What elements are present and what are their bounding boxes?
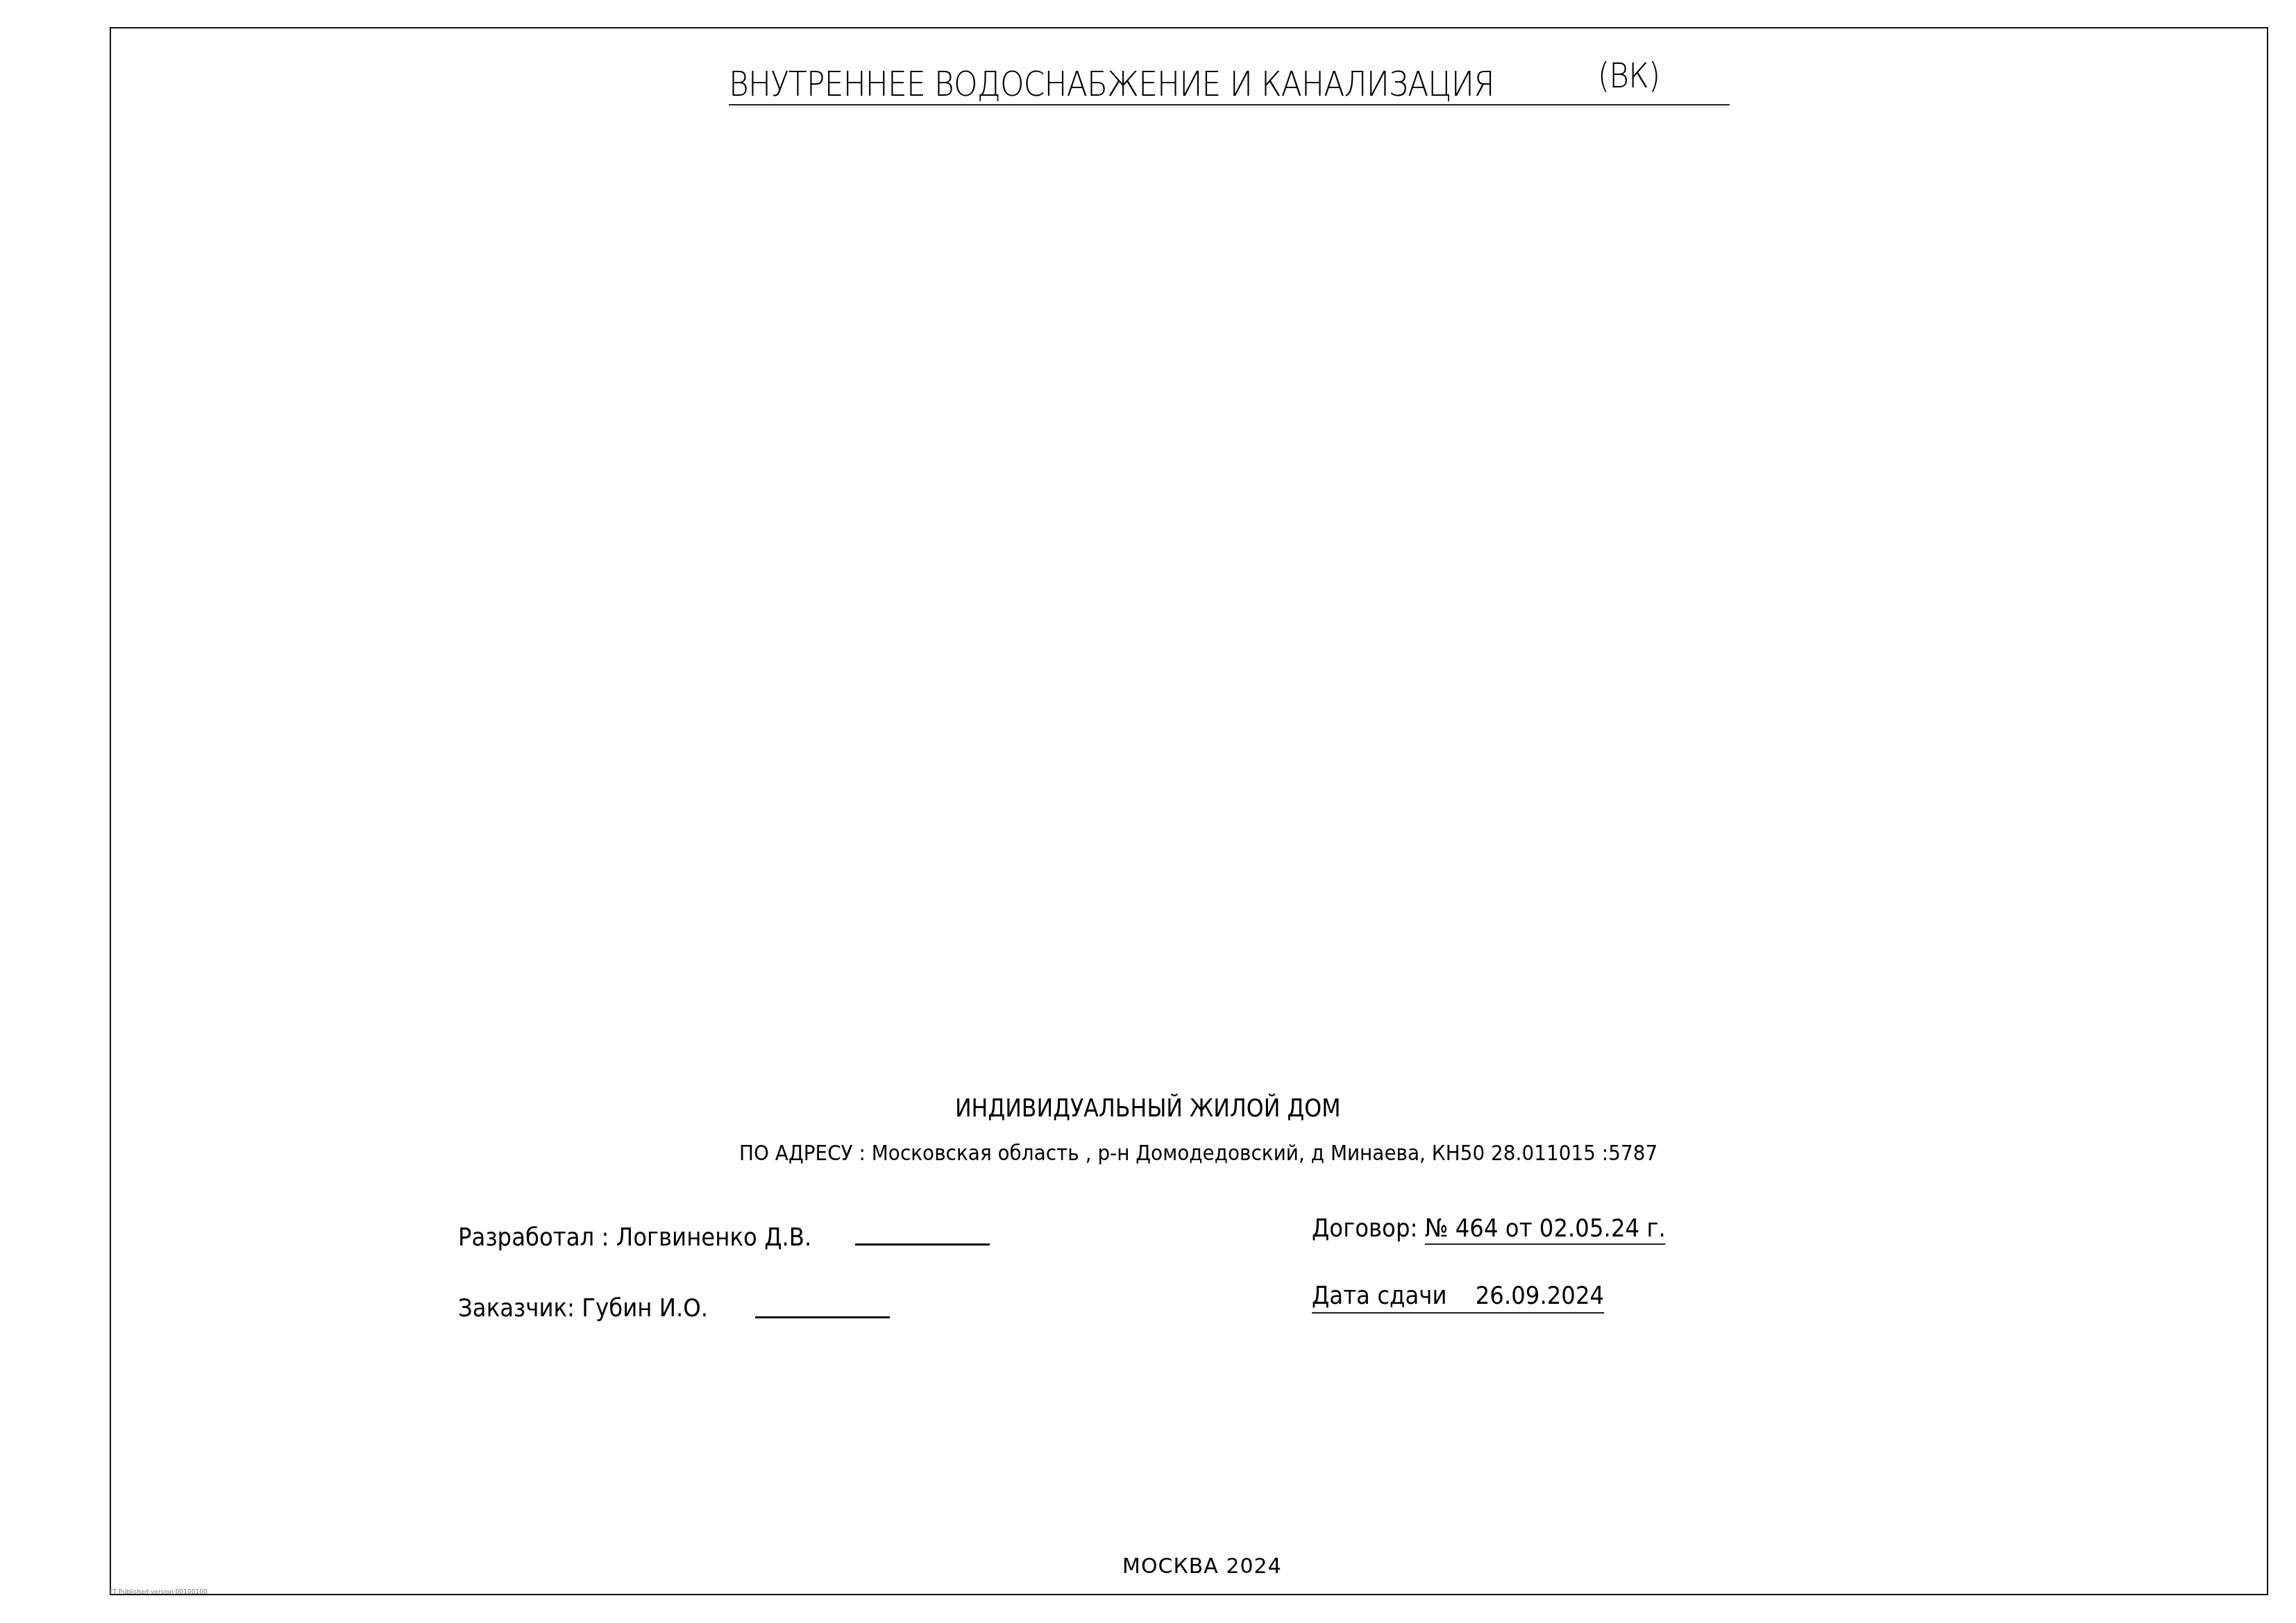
publish-stamp: ТТ Published version 00100100 <box>109 1589 208 1596</box>
contract-value: № 464 от 02.05.24 г. <box>1425 1214 1666 1245</box>
object-name-text: ИНДИВИДУАЛЬНЫЙ ЖИЛОЙ ДОМ <box>955 1094 1341 1124</box>
delivery-label: Дата сдачи <box>1312 1282 1446 1310</box>
developer-field: Разработал : Логвиненко Д.В. <box>458 1223 811 1253</box>
title-text: ВНУТРЕННЕЕ ВОДОСНАБЖЕНИЕ И КАНАЛИЗАЦИЯ <box>729 64 1494 104</box>
contract-field: Договор: № 464 от 02.05.24 г. <box>1312 1214 1666 1244</box>
developer-signature-line <box>855 1243 990 1246</box>
document-title: ВНУТРЕННЕЕ ВОДОСНАБЖЕНИЕ И КАНАЛИЗАЦИЯ (… <box>729 64 1730 105</box>
object-name: ИНДИВИДУАЛЬНЫЙ ЖИЛОЙ ДОМ <box>0 1094 2296 1124</box>
customer-field: Заказчик: Губин И.О. <box>458 1293 708 1324</box>
delivery-date: 26.09.2024 <box>1476 1282 1605 1310</box>
drawing-frame <box>110 27 2268 1595</box>
delivery-date-field: Дата сдачи 26.09.2024 <box>1312 1281 1604 1314</box>
object-address: ПО АДРЕСУ : Московская область , р-н Дом… <box>739 1139 1657 1167</box>
title-suffix: (ВК) <box>1598 56 1660 96</box>
city-year: МОСКВА 2024 <box>1122 1553 1282 1581</box>
contract-label: Договор: <box>1312 1214 1417 1243</box>
customer-signature-line <box>755 1316 890 1318</box>
